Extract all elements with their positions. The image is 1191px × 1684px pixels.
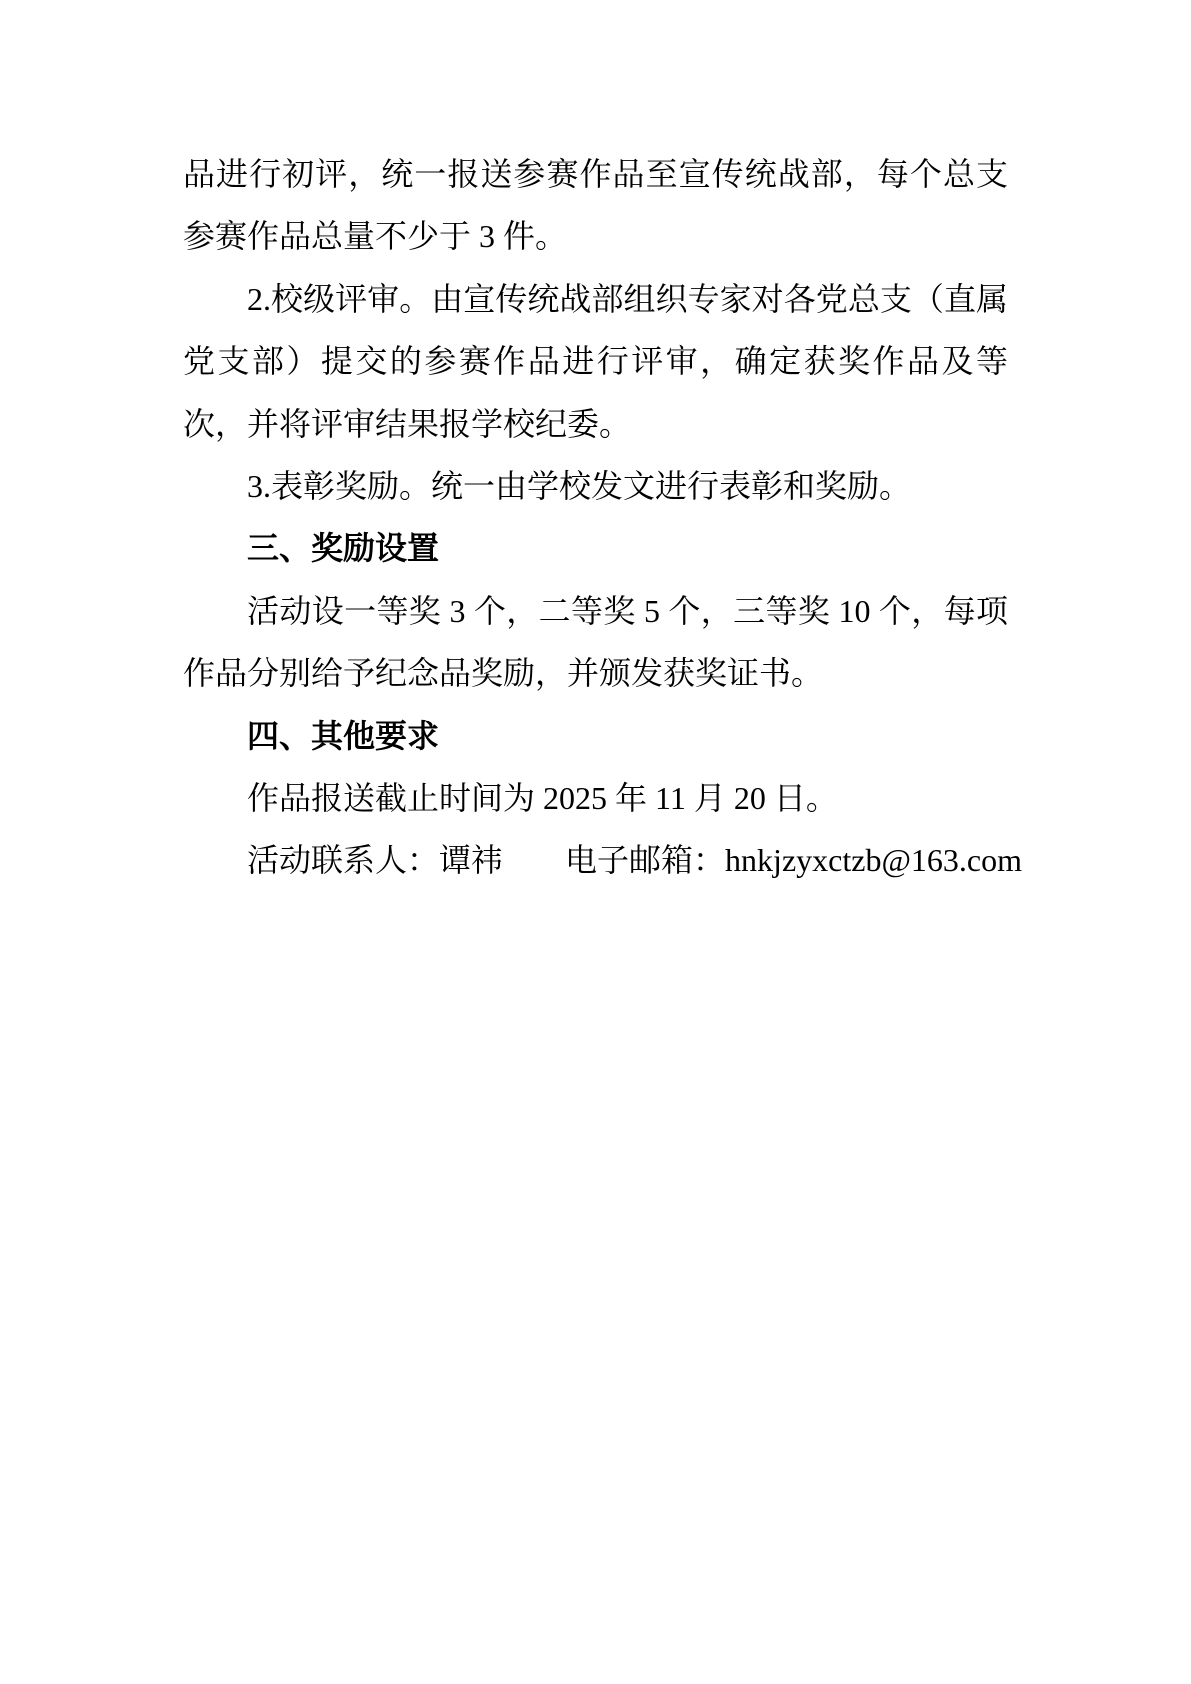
heading-section-4-other-requirements: 四、其他要求: [183, 705, 1008, 767]
paragraph-item-3-commendation: 3.表彰奖励。统一由学校发文进行表彰和奖励。: [183, 455, 1008, 517]
document-content: 品进行初评，统一报送参赛作品至宣传统战部，每个总支参赛作品总量不少于 3 件。 …: [183, 143, 1008, 892]
document-page: 品进行初评，统一报送参赛作品至宣传统战部，每个总支参赛作品总量不少于 3 件。 …: [0, 0, 1191, 1684]
paragraph-deadline: 作品报送截止时间为 2025 年 11 月 20 日。: [183, 767, 1008, 829]
contact-person-label: 活动联系人：: [247, 842, 439, 878]
paragraph-item-2-school-review: 2.校级评审。由宣传统战部组织专家对各党总支（直属党支部）提交的参赛作品进行评审…: [183, 268, 1008, 455]
contact-person-name: 谭祎: [439, 842, 503, 878]
heading-section-3-awards: 三、奖励设置: [183, 517, 1008, 579]
contact-gap: [503, 870, 565, 871]
contact-line: 活动联系人：谭祎电子邮箱：hnkjzyxctzb@163.com: [183, 829, 1008, 891]
contact-email-address: hnkjzyxctzb@163.com: [725, 842, 1022, 878]
contact-email-label: 电子邮箱：: [565, 842, 725, 878]
paragraph-continuation: 品进行初评，统一报送参赛作品至宣传统战部，每个总支参赛作品总量不少于 3 件。: [183, 143, 1008, 268]
paragraph-award-tiers: 活动设一等奖 3 个，二等奖 5 个，三等奖 10 个，每项作品分别给予纪念品奖…: [183, 580, 1008, 705]
